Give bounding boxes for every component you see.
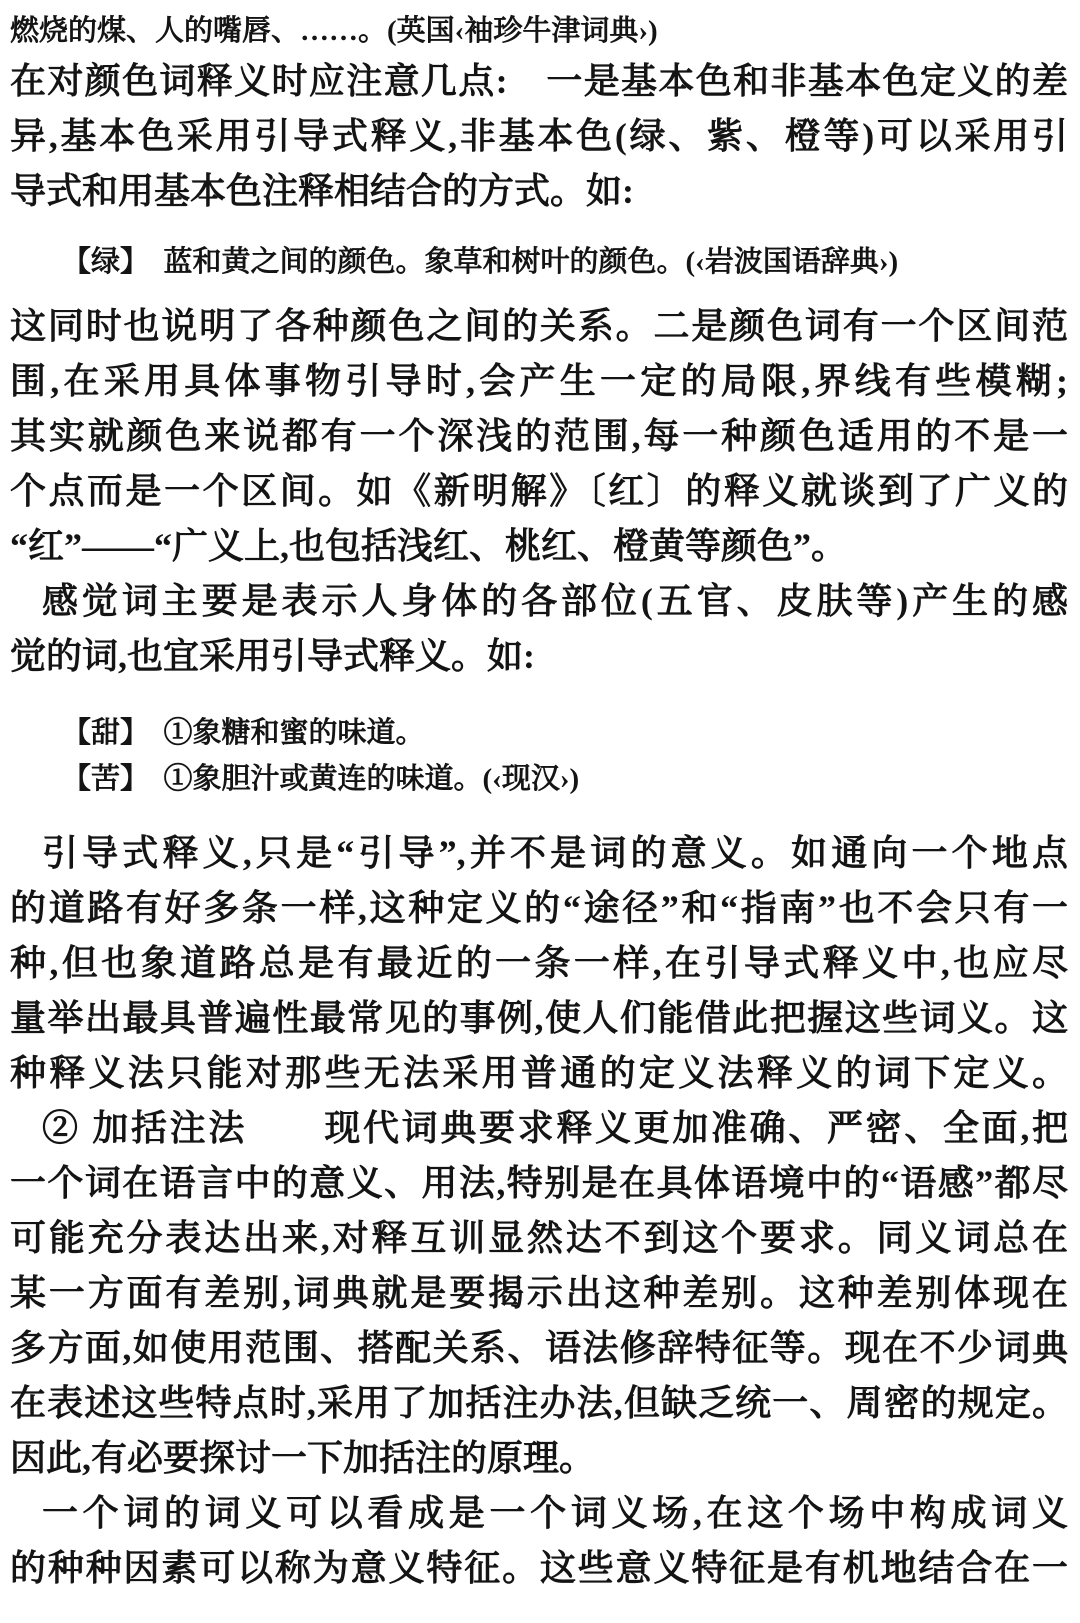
text-line: 在表述这些特点时,采用了加括注办法,但缺乏统一、周密的规定。: [10, 1376, 1068, 1431]
text-line: 这同时也说明了各种颜色之间的关系。二是颜色词有一个区间范: [10, 299, 1068, 354]
text-line: 可能充分表达出来,对释互训显然达不到这个要求。同义词总在: [10, 1211, 1068, 1266]
paragraph-start-line: 一个词的词义可以看成是一个词义场,在这个场中构成词义: [10, 1486, 1068, 1541]
text-line: 因此,有必要探讨一下加括注的原理。: [10, 1431, 1068, 1486]
citation-line-oxford: 燃烧的煤、人的嘴唇、……。(英国‹袖珍牛津词典›): [10, 8, 1068, 54]
text-line: “红”——“广义上,也包括浅红、桃红、橙黄等颜色”。: [10, 519, 1068, 574]
quote-line-sweet-entry: 【甜】 ①象糖和蜜的味道。: [10, 710, 1068, 756]
text-line: 一个词在语言中的意义、用法,特别是在具体语境中的“语感”都尽: [10, 1156, 1068, 1211]
text-line: 的种种因素可以称为意义特征。这些意义特征是有机地结合在一: [10, 1541, 1068, 1596]
paragraph-start-line: 感觉词主要是表示人身体的各部位(五官、皮肤等)产生的感: [10, 574, 1068, 629]
text-line: 其实就颜色来说都有一个深浅的范围,每一种颜色适用的不是一: [10, 409, 1068, 464]
text-line: 导式和用基本色注释相结合的方式。如:: [10, 164, 1068, 219]
quote-line-green-entry: 【绿】 蓝和黄之间的颜色。象草和树叶的颜色。(‹岩波国语辞典›): [10, 239, 1068, 285]
text-line: 种,但也象道路总是有最近的一条一样,在引导式释义中,也应尽: [10, 936, 1068, 991]
document-page: 燃烧的煤、人的嘴唇、……。(英国‹袖珍牛津词典›) 在对颜色词释义时应注意几点:…: [0, 0, 1080, 1623]
text-line: 异,基本色采用引导式释义,非基本色(绿、紫、橙等)可以采用引: [10, 109, 1068, 164]
numbered-section-line: ② 加括注法 现代词典要求释义更加准确、严密、全面,把: [10, 1101, 1068, 1156]
quote-line-bitter-entry: 【苦】 ①象胆汁或黄连的味道。(‹现汉›): [10, 756, 1068, 802]
text-line: 围,在采用具体事物引导时,会产生一定的局限,界线有些模糊;: [10, 354, 1068, 409]
text-line: 个点而是一个区间。如《新明解》〔红〕的释义就谈到了广义的: [10, 464, 1068, 519]
text-line: 觉的词,也宜采用引导式释义。如:: [10, 629, 1068, 684]
text-line: 种释义法只能对那些无法采用普通的定义法释义的词下定义。: [10, 1046, 1068, 1101]
text-line: 在对颜色词释义时应注意几点: 一是基本色和非基本色定义的差: [10, 54, 1068, 109]
paragraph-start-line: 引导式释义,只是“引导”,并不是词的意义。如通向一个地点: [10, 826, 1068, 881]
text-line: 多方面,如使用范围、搭配关系、语法修辞特征等。现在不少词典: [10, 1321, 1068, 1376]
text-line: 的道路有好多条一样,这种定义的“途径”和“指南”也不会只有一: [10, 881, 1068, 936]
text-line: 量举出最具普遍性最常见的事例,使人们能借此把握这些词义。这: [10, 991, 1068, 1046]
text-line: 某一方面有差别,词典就是要揭示出这种差别。这种差别体现在: [10, 1266, 1068, 1321]
